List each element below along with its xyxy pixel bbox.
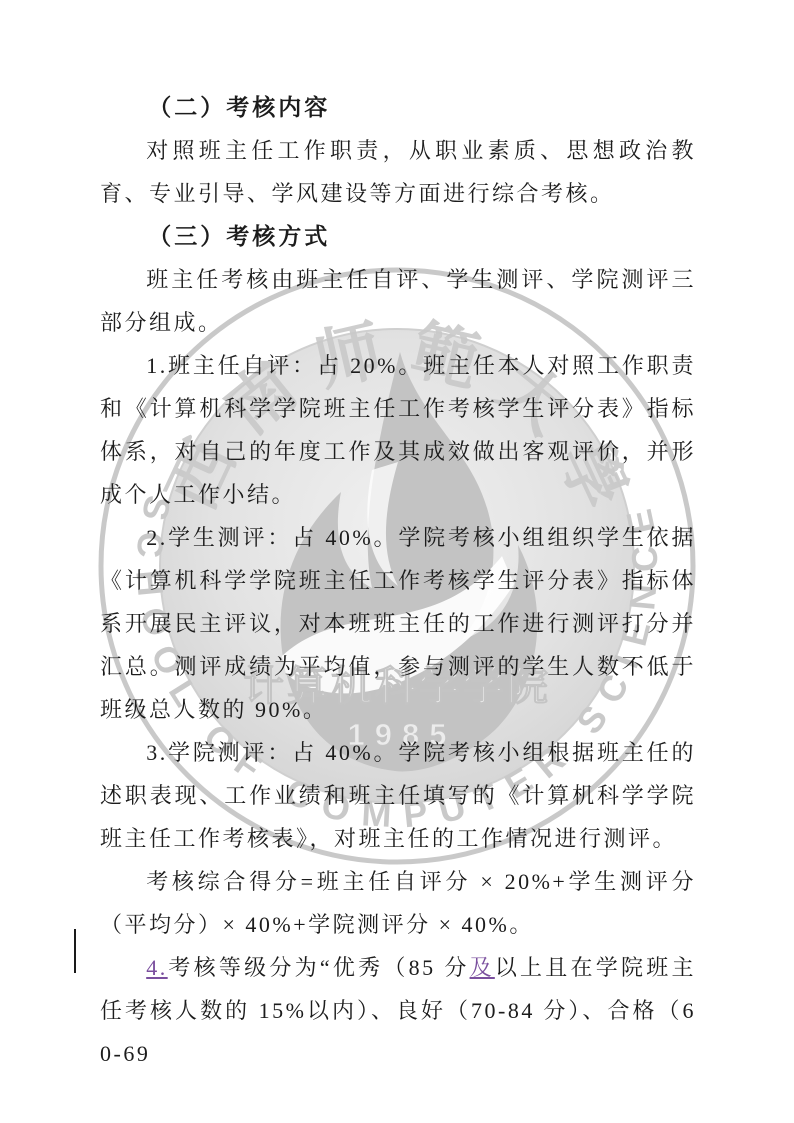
text-run: 2.学生测评：占 40%。学院考核小组组织学生依据《计算机科学学院班主任工作考核… xyxy=(100,525,696,722)
text-run: （二）考核内容 xyxy=(148,95,330,120)
text-run: 1.班主任自评：占 20%。班主任本人对照工作职责和《计算机科学学院班主任工作考… xyxy=(100,353,696,507)
text-run: （三）考核方式 xyxy=(148,224,330,249)
text-run: 对照班主任工作职责，从职业素质、思想政治教育、专业引导、学风建设等方面进行综合考… xyxy=(100,138,696,206)
revision-change-bar xyxy=(74,929,76,973)
paragraph: 1.班主任自评：占 20%。班主任本人对照工作职责和《计算机科学学院班主任工作考… xyxy=(100,344,696,516)
paragraph: 2.学生测评：占 40%。学院考核小组组织学生依据《计算机科学学院班主任工作考核… xyxy=(100,516,696,731)
paragraph: 班主任考核由班主任自评、学生测评、学院测评三部分组成。 xyxy=(100,258,696,344)
paragraph: 3.学院测评：占 40%。学院考核小组根据班主任的述职表现、工作业绩和班主任填写… xyxy=(100,731,696,860)
text-run: 考核等级分为“优秀（85 分 xyxy=(168,955,470,980)
inserted-text: 4. xyxy=(146,955,168,980)
paragraph: 对照班主任工作职责，从职业素质、思想政治教育、专业引导、学风建设等方面进行综合考… xyxy=(100,129,696,215)
text-run: 考核综合得分=班主任自评分 × 20%+学生测评分（平均分）× 40%+学院测评… xyxy=(100,869,696,937)
paragraph: 4.考核等级分为“优秀（85 分及以上且在学院班主任考核人数的 15%以内）、良… xyxy=(100,946,696,1075)
section-heading: （二）考核内容 xyxy=(100,86,696,129)
text-run: 班主任考核由班主任自评、学生测评、学院测评三部分组成。 xyxy=(100,267,696,335)
paragraph: 考核综合得分=班主任自评分 × 20%+学生测评分（平均分）× 40%+学院测评… xyxy=(100,860,696,946)
document-page: SCHOOL OF COMPUTER SCIENCE 西南师範大學 计算机科学学… xyxy=(0,0,794,1123)
inserted-text: 及 xyxy=(470,955,495,980)
text-run: 3.学院测评：占 40%。学院考核小组根据班主任的述职表现、工作业绩和班主任填写… xyxy=(100,740,696,851)
document-body: （二）考核内容对照班主任工作职责，从职业素质、思想政治教育、专业引导、学风建设等… xyxy=(100,86,696,1075)
section-heading: （三）考核方式 xyxy=(100,215,696,258)
